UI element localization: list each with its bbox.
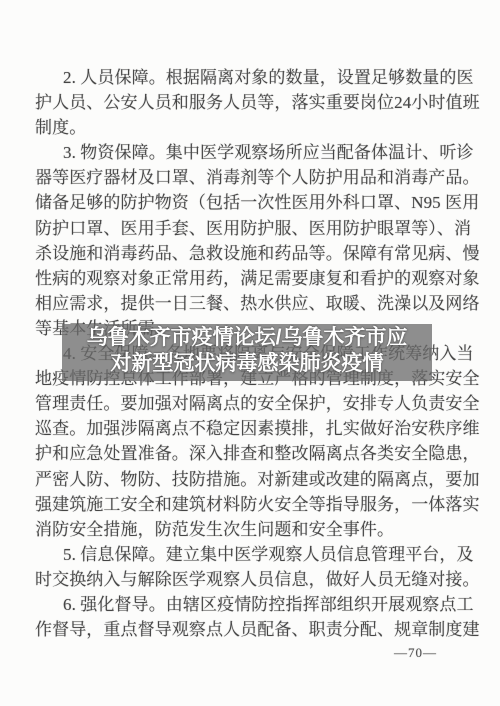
document-line: 6. 强化督导。由辖区疫情防控指挥部组织开展观察点工: [35, 592, 481, 617]
document-line: 制度。: [35, 115, 481, 140]
document-line: 储备足够的防护物资（包括一次性医用外科口罩、N95 医用: [35, 190, 481, 215]
document-line: 时交换纳入与解除医学观察人员信息，做好人员无缝对接。: [35, 567, 481, 592]
document-line: 性病的观察对象正常用药，满足需要康复和看护的观察对象: [35, 266, 481, 291]
document-line: 5. 信息保障。建立集中医学观察人员信息管理平台，及: [35, 542, 481, 567]
watermark-title-line1: 乌鲁木齐市疫情论坛/乌鲁木齐市应: [62, 325, 432, 351]
document-line: 护和应急处置准备。深入排查和整改隔离点各类安全隐患，: [35, 441, 481, 466]
document-line: 2. 人员保障。根据隔离对象的数量，设置足够数量的医: [35, 65, 481, 90]
document-line: 巡查。加强涉隔离点不稳定因素摸排，扎实做好治安秩序维: [35, 416, 481, 441]
page-number: —70—: [394, 645, 454, 661]
document-line: 管理责任。要加强对隔离点的安全保护，安排专人负责安全: [35, 391, 481, 416]
document-line: 护人员、公安人员和服务人员等，落实重要岗位24小时值班: [35, 90, 481, 115]
watermark-title-line2: 对新型冠状病毒感染肺炎疫情: [62, 351, 432, 377]
watermark-title-band: 乌鲁木齐市疫情论坛/乌鲁木齐市应 对新型冠状病毒感染肺炎疫情: [62, 324, 432, 381]
document-page: 2. 人员保障。根据隔离对象的数量，设置足够数量的医护人员、公安人员和服务人员等…: [0, 0, 500, 706]
document-line: 严密人防、物防、技防措施。对新建或改建的隔离点，要加: [35, 467, 481, 492]
document-line: 防护口罩、医用手套、医用防护服、医用防护眼罩等）、消: [35, 216, 481, 241]
document-line: 相应需求，提供一日三餐、热水供应、取暖、洗澡以及网络: [35, 291, 481, 316]
document-line: 作督导，重点督导观察点人员配备、职责分配、规章制度建: [35, 617, 481, 642]
document-line: 强建筑施工安全和建筑材料防火安全等指导服务，一体落实: [35, 492, 481, 517]
document-line: 器等医疗器材及口罩、消毒剂等个人防护用品和消毒产品。: [35, 165, 481, 190]
document-line: 消防安全措施，防范发生次生问题和安全事件。: [35, 517, 481, 542]
document-line: 3. 物资保障。集中医学观察场所应当配备体温计、听诊: [35, 140, 481, 165]
document-line: 杀设施和消毒药品、急救设施和药品等。保障有常见病、慢: [35, 241, 481, 266]
